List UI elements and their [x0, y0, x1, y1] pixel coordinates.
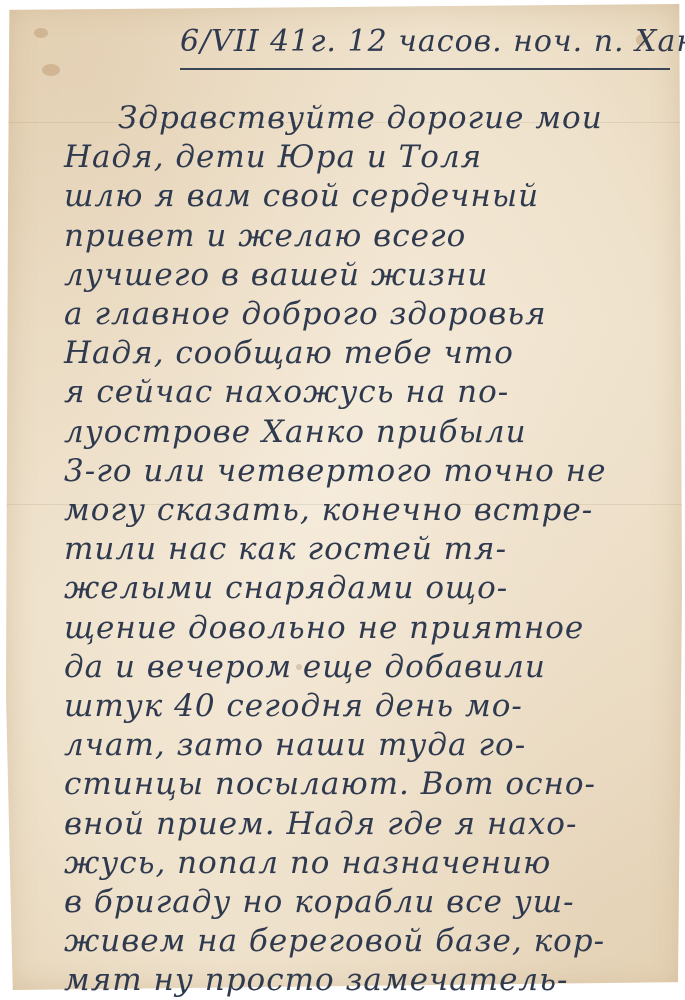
- letter-line: жусь, попал по назначению: [64, 843, 551, 883]
- letter-line: а главное доброго здоровья: [64, 294, 547, 334]
- letter-line: Здравствуйте дорогие мои: [118, 98, 603, 138]
- letter-line: тили нас как гостей тя-: [64, 529, 507, 569]
- letter-line: лчат, зато наши туда го-: [64, 725, 526, 765]
- letter-line: стинцы посылают. Вот осно-: [64, 764, 596, 804]
- letter-line: привет и желаю всего: [64, 216, 466, 256]
- letter-line: вной прием. Надя где я нахо-: [64, 804, 577, 844]
- letter-line: лучшего в вашей жизни: [64, 255, 488, 295]
- paper-stain: [42, 64, 60, 76]
- letter-line: в бригаду но корабли все уш-: [64, 882, 575, 922]
- letter-line: Надя, сообщаю тебе что: [64, 333, 514, 373]
- letter-line: я сейчас нахожусь на по-: [64, 372, 509, 412]
- letter-line: мят ну просто замечатель-: [64, 960, 569, 1000]
- letter-line: да и вечером еще добавили: [64, 647, 546, 687]
- letter-line: могу сказать, конечно встре-: [64, 490, 593, 530]
- letter-date-header: 6/VII 41г. 12 часов. ноч. п. Ханко: [180, 16, 670, 70]
- letter-line: Надя, дети Юра и Толя: [64, 137, 482, 177]
- letter-line: щение довольно не приятное: [64, 608, 584, 648]
- letter-line: желыми снарядами ощо-: [64, 568, 508, 608]
- letter-line: луострове Ханко прибыли: [64, 412, 527, 452]
- letter-line: 3-го или четвертого точно не: [64, 451, 606, 491]
- paper-stain: [34, 28, 48, 38]
- letter-line: штук 40 сегодня день мо-: [64, 686, 523, 726]
- letter-line: шлю я вам свой сердечный: [64, 176, 539, 216]
- letter-line: живем на береговой базе, кор-: [64, 921, 605, 961]
